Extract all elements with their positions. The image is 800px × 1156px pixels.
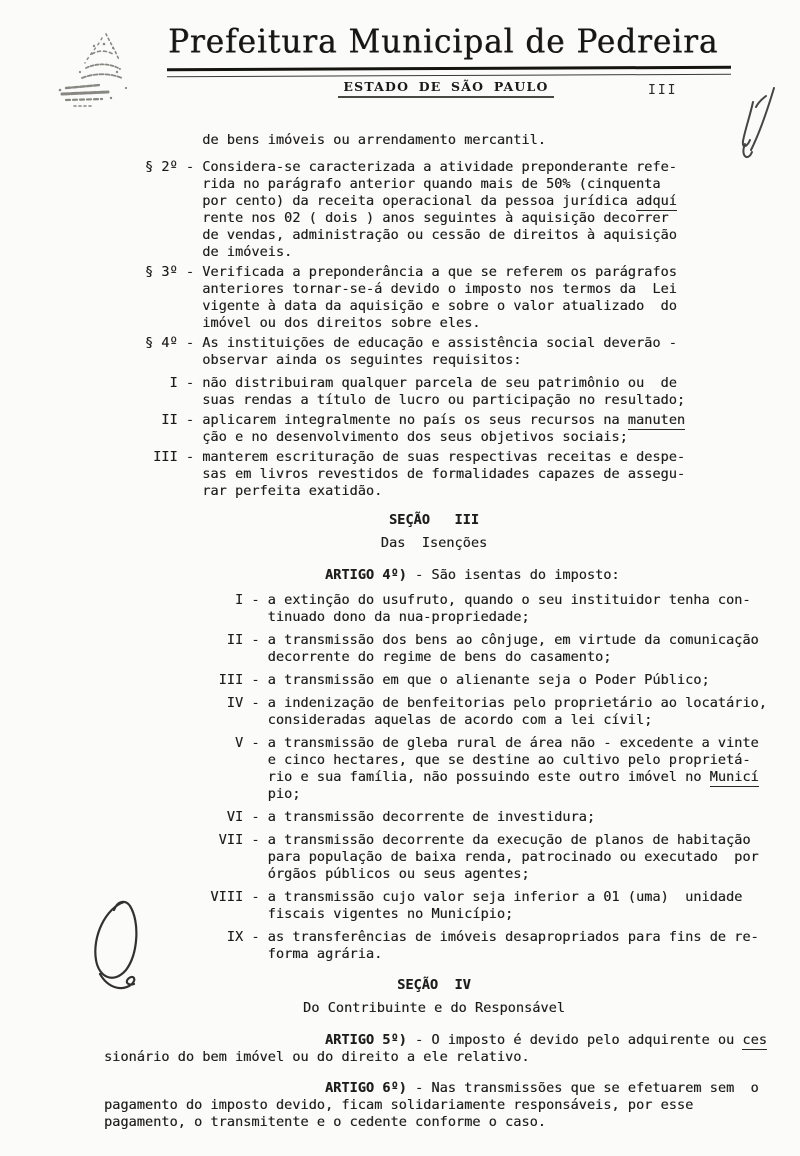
document-body: de bens imóveis ou arrendamento mercanti… [104,132,764,1131]
doc-line: órgãos públicos ou seus agentes; [104,866,764,883]
doc-line: III - a transmissão em que o alienante s… [104,672,764,689]
article-heading: ARTIGO 5º) - O imposto é devido pelo adq… [104,1032,764,1049]
doc-line: rio e sua família, não possuindo este ou… [104,769,764,786]
doc-line: para população de baixa renda, patrocina… [104,849,764,866]
page-number: III [648,83,677,98]
doc-line: III - manterem escrituração de suas resp… [104,449,764,466]
section-subheading: Das Isenções [104,535,764,552]
doc-line: sionário do bem imóvel ou do direito a e… [104,1049,764,1066]
doc-line: VI - a transmissão decorrente de investi… [104,809,764,826]
municipal-crest-icon [56,28,148,120]
doc-line: decorrente do regime de bens do casament… [104,649,764,666]
doc-line: pagamento, o transmitente e o cedente co… [104,1114,764,1131]
doc-line: tinuado dono da nua-propriedade; [104,609,764,626]
doc-line: ção e no desenvolvimento dos seus objeti… [104,429,764,446]
doc-line: VIII - a transmissão cujo valor seja inf… [104,889,764,906]
doc-line: forma agrária. [104,946,764,963]
section-subheading: Do Contribuinte e do Responsável [104,1000,764,1017]
doc-line: I - não distribuiram qualquer parcela de… [104,375,764,392]
doc-line: consideradas aquelas de acordo com a lei… [104,712,764,729]
letterhead-state-line: ESTADO DE SÃO PAULO [338,79,554,98]
doc-line: IV - a indenização de benfeitorias pelo … [104,695,764,712]
letterhead-double-rule [167,66,731,77]
section-heading: SEÇÃO III [104,512,764,529]
doc-line: suas rendas a título de lucro ou partici… [104,392,764,409]
doc-line: II - aplicarem integralmente no país os … [104,412,764,429]
article-heading: ARTIGO 6º) - Nas transmissões que se efe… [104,1080,764,1097]
doc-line: anteriores tornar-se-á devido o imposto … [104,281,764,298]
doc-line: V - a transmissão de gleba rural de área… [104,735,764,752]
doc-line: de vendas, administração ou cessão de di… [104,227,764,244]
doc-line: vigente à data da aquisição e sobre o va… [104,298,764,315]
doc-line: rente nos 02 ( dois ) anos seguintes à a… [104,210,764,227]
doc-line: imóvel ou dos direitos sobre eles. [104,315,764,332]
doc-line: I - a extinção do usufruto, quando o seu… [104,592,764,609]
scanned-page: Prefeitura Municipal de Pedreira ESTADO … [0,0,800,1156]
doc-line: II - a transmissão dos bens ao cônjuge, … [104,632,764,649]
doc-line: sas em livros revestidos de formalidades… [104,466,764,483]
section-heading: SEÇÃO IV [104,977,764,994]
doc-line: observar ainda os seguintes requisitos: [104,352,764,369]
doc-line: IX - as transferências de imóveis desapr… [104,929,764,946]
doc-line: de imóveis. [104,244,764,261]
doc-line: § 2º - Considera-se caracterizada a ativ… [104,159,764,176]
article-heading: ARTIGO 4º) - São isentas do imposto: [104,567,764,584]
doc-line: por cento) da receita operacional da pes… [104,193,764,210]
doc-line: § 4º - As instituições de educação e ass… [104,335,764,352]
doc-line: de bens imóveis ou arrendamento mercanti… [104,132,764,149]
doc-line: VII - a transmissão decorrente da execuç… [104,832,764,849]
doc-line: e cinco hectares, que se destine ao cult… [104,752,764,769]
doc-line: rar perfeita exatidão. [104,483,764,500]
doc-line: pio; [104,786,764,803]
doc-line: fiscais vigentes no Município; [104,906,764,923]
doc-line: § 3º - Verificada a preponderância a que… [104,264,764,281]
doc-line: rida no parágrafo anterior quando mais d… [104,176,764,193]
letterhead-title: Prefeitura Municipal de Pedreira [168,23,734,60]
doc-line: pagamento do imposto devido, ficam solid… [104,1097,764,1114]
